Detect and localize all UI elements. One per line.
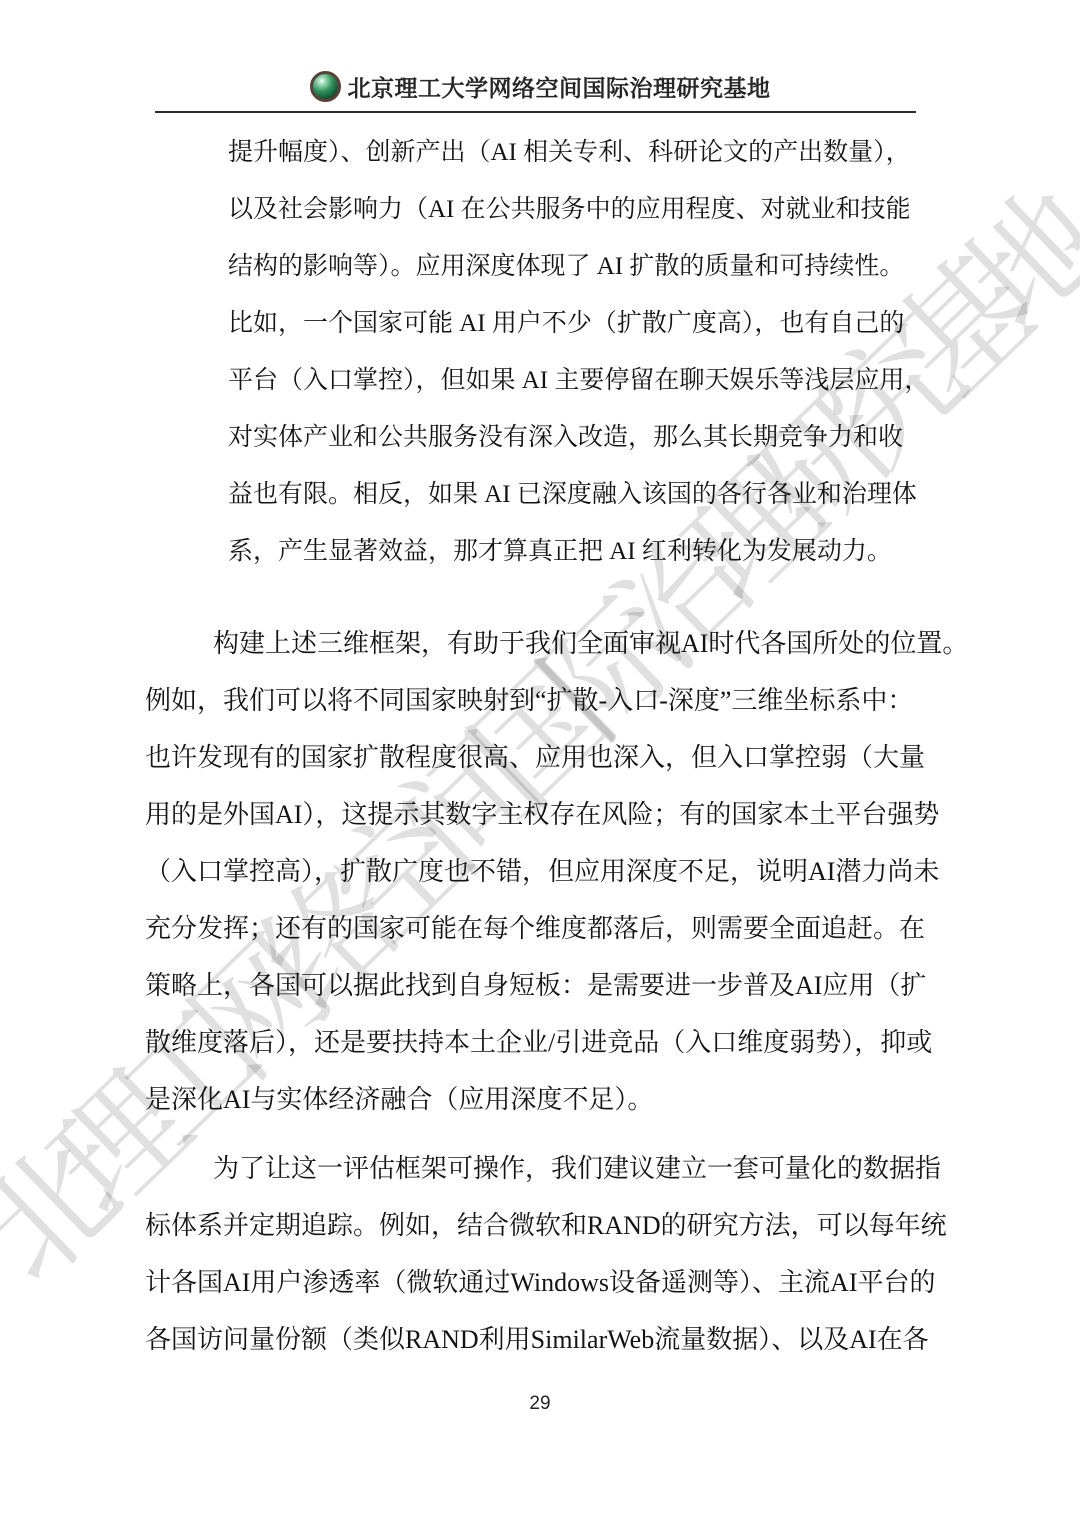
text-line: 计各国AI用户渗透率（微软通过Windows设备遥测等）、主流AI平台的 bbox=[145, 1254, 940, 1311]
text-line: 为了让这一评估框架可操作，我们建议建立一套可量化的数据指 bbox=[145, 1140, 940, 1197]
text-line: 标体系并定期追踪。例如，结合微软和RAND的研究方法，可以每年统 bbox=[145, 1197, 940, 1254]
text-line: （入口掌控高），扩散广度也不错，但应用深度不足，说明AI潜力尚未 bbox=[145, 843, 940, 900]
text-line: 比如，一个国家可能 AI 用户不少（扩散广度高），也有自己的 bbox=[228, 295, 910, 352]
continued-paragraph: 提升幅度）、创新产出（AI 相关专利、科研论文的产出数量）， 以及社会影响力（A… bbox=[228, 124, 910, 580]
text-line: 益也有限。相反，如果 AI 已深度融入该国的各行各业和治理体 bbox=[228, 466, 910, 523]
text-line: 用的是外国AI），这提示其数字主权存在风险；有的国家本土平台强势 bbox=[145, 786, 940, 843]
text-line: 充分发挥；还有的国家可能在每个维度都落后，则需要全面追赶。在 bbox=[145, 900, 940, 957]
text-line: 策略上，各国可以据此找到自身短板：是需要进一步普及AI应用（扩 bbox=[145, 957, 940, 1014]
header-rule bbox=[155, 111, 916, 113]
text-line: 例如，我们可以将不同国家映射到“扩散-入口-深度”三维坐标系中： bbox=[145, 672, 940, 729]
paragraph-framework: 构建上述三维框架，有助于我们全面审视AI时代各国所处的位置。 例如，我们可以将不… bbox=[145, 615, 940, 1128]
text-line: 结构的影响等）。应用深度体现了 AI 扩散的质量和可持续性。 bbox=[228, 238, 910, 295]
text-line: 平台（入口掌控），但如果 AI 主要停留在聊天娱乐等浅层应用， bbox=[228, 352, 910, 409]
page-header: 北京理工大学网络空间国际治理研究基地 bbox=[0, 70, 1080, 103]
paragraph-indicators: 为了让这一评估框架可操作，我们建议建立一套可量化的数据指 标体系并定期追踪。例如… bbox=[145, 1140, 940, 1368]
text-line: 是深化AI与实体经济融合（应用深度不足）。 bbox=[145, 1071, 940, 1128]
text-line: 系，产生显著效益，那才算真正把 AI 红利转化为发展动力。 bbox=[228, 523, 910, 580]
text-line: 对实体产业和公共服务没有深入改造，那么其长期竞争力和收 bbox=[228, 409, 910, 466]
text-line: 构建上述三维框架，有助于我们全面审视AI时代各国所处的位置。 bbox=[145, 615, 940, 672]
text-line: 以及社会影响力（AI 在公共服务中的应用程度、对就业和技能 bbox=[228, 181, 910, 238]
university-emblem-icon bbox=[310, 71, 341, 102]
text-line: 各国访问量份额（类似RAND利用SimilarWeb流量数据）、以及AI在各 bbox=[145, 1311, 940, 1368]
document-body: 提升幅度）、创新产出（AI 相关专利、科研论文的产出数量）， 以及社会影响力（A… bbox=[145, 124, 940, 1368]
text-line: 也许发现有的国家扩散程度很高、应用也深入，但入口掌控弱（大量 bbox=[145, 729, 940, 786]
text-line: 散维度落后），还是要扶持本土企业/引进竞品（入口维度弱势），抑或 bbox=[145, 1014, 940, 1071]
header-title: 北京理工大学网络空间国际治理研究基地 bbox=[348, 70, 771, 103]
document-page: 北理工网络空间国际治理研究基地 北京理工大学网络空间国际治理研究基地 提升幅度）… bbox=[0, 0, 1080, 1527]
text-line: 提升幅度）、创新产出（AI 相关专利、科研论文的产出数量）， bbox=[228, 124, 910, 181]
page-number: 29 bbox=[0, 1393, 1080, 1415]
